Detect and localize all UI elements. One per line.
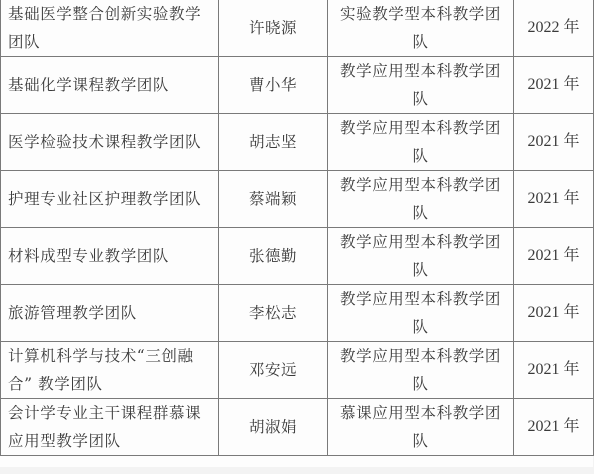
table-row: 基础化学课程教学团队 曹小华 教学应用型本科教学团队 2021 年 <box>1 57 594 114</box>
table-row: 旅游管理教学团队 李松志 教学应用型本科教学团队 2021 年 <box>1 285 594 342</box>
year-cell: 2021 年 <box>514 399 594 456</box>
year-cell: 2021 年 <box>514 228 594 285</box>
year-cell: 2021 年 <box>514 114 594 171</box>
team-name-cell: 护理专业社区护理教学团队 <box>1 171 219 228</box>
team-type-cell: 慕课应用型本科教学团队 <box>328 399 514 456</box>
year-cell: 2021 年 <box>514 285 594 342</box>
team-type-cell: 教学应用型本科教学团队 <box>328 171 514 228</box>
table-row: 材料成型专业教学团队 张德勤 教学应用型本科教学团队 2021 年 <box>1 228 594 285</box>
year-cell: 2021 年 <box>514 342 594 399</box>
team-name-cell: 计算机科学与技术“三创融合” 教学团队 <box>1 342 219 399</box>
table-row: 会计学专业主干课程群慕课应用型教学团队 胡淑娟 慕课应用型本科教学团队 2021… <box>1 399 594 456</box>
table-row: 基础医学整合创新实验教学团队 许晓源 实验教学型本科教学团队 2022 年 <box>1 0 594 57</box>
leader-cell: 蔡端颖 <box>219 171 328 228</box>
year-cell: 2021 年 <box>514 171 594 228</box>
team-name-cell: 基础医学整合创新实验教学团队 <box>1 0 219 57</box>
table-row: 护理专业社区护理教学团队 蔡端颖 教学应用型本科教学团队 2021 年 <box>1 171 594 228</box>
leader-cell: 李松志 <box>219 285 328 342</box>
team-type-cell: 教学应用型本科教学团队 <box>328 57 514 114</box>
leader-cell: 邓安远 <box>219 342 328 399</box>
table-row: 医学检验技术课程教学团队 胡志坚 教学应用型本科教学团队 2021 年 <box>1 114 594 171</box>
teaching-team-table-container: 基础医学整合创新实验教学团队 许晓源 实验教学型本科教学团队 2022 年 基础… <box>0 0 593 467</box>
table-row: 计算机科学与技术“三创融合” 教学团队 邓安远 教学应用型本科教学团队 2021… <box>1 342 594 399</box>
teaching-team-table: 基础医学整合创新实验教学团队 许晓源 实验教学型本科教学团队 2022 年 基础… <box>0 0 594 456</box>
team-name-cell: 医学检验技术课程教学团队 <box>1 114 219 171</box>
team-name-cell: 基础化学课程教学团队 <box>1 57 219 114</box>
leader-cell: 许晓源 <box>219 0 328 57</box>
leader-cell: 曹小华 <box>219 57 328 114</box>
team-type-cell: 教学应用型本科教学团队 <box>328 285 514 342</box>
leader-cell: 胡志坚 <box>219 114 328 171</box>
team-type-cell: 教学应用型本科教学团队 <box>328 114 514 171</box>
team-type-cell: 教学应用型本科教学团队 <box>328 228 514 285</box>
team-name-cell: 旅游管理教学团队 <box>1 285 219 342</box>
team-name-cell: 会计学专业主干课程群慕课应用型教学团队 <box>1 399 219 456</box>
team-name-cell: 材料成型专业教学团队 <box>1 228 219 285</box>
year-cell: 2021 年 <box>514 57 594 114</box>
year-cell: 2022 年 <box>514 0 594 57</box>
team-type-cell: 实验教学型本科教学团队 <box>328 0 514 57</box>
leader-cell: 胡淑娟 <box>219 399 328 456</box>
team-type-cell: 教学应用型本科教学团队 <box>328 342 514 399</box>
leader-cell: 张德勤 <box>219 228 328 285</box>
